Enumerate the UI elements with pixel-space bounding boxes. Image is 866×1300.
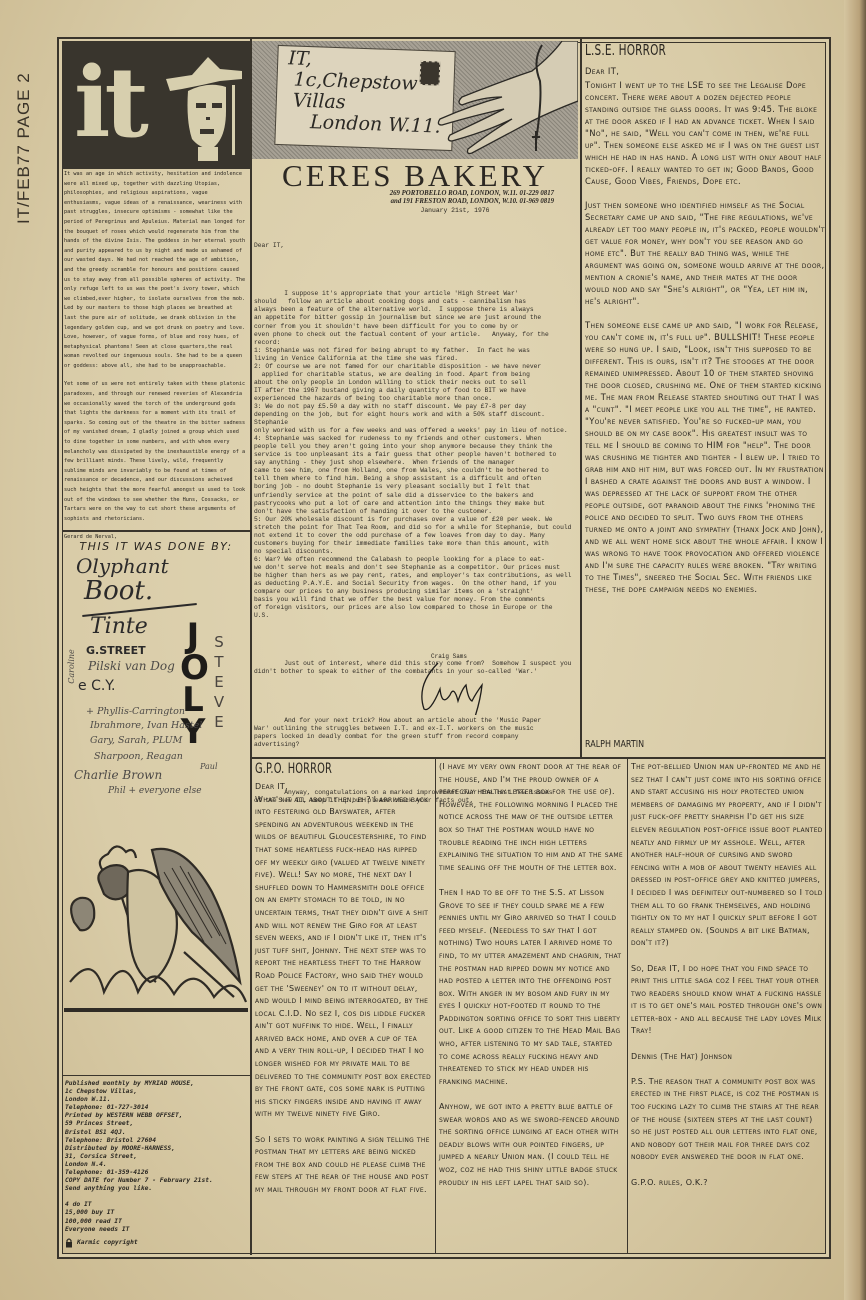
credit-name: Caroline xyxy=(67,649,76,684)
letter-date: January 21st, 1976 xyxy=(380,207,530,214)
address-line: and 191 FRESTON ROAD, LONDON, W.10. 01-9… xyxy=(250,198,554,206)
issue-page-label: IT/FEB77 PAGE 2 xyxy=(14,72,34,224)
credit-name: Olyphant xyxy=(76,554,169,578)
imprint-line: Distributed by MOORE-HARNESS, xyxy=(65,1145,247,1153)
article-body: The pot-bellied Union man up-fronted me … xyxy=(631,761,823,1189)
envelope-hand-illustration: IT, 1c,Chepstow Villas London W.11. xyxy=(252,41,578,159)
article-paragraph: Just then someone who identified himself… xyxy=(585,199,825,307)
nerval-essay: It was an age in which activity, hesitat… xyxy=(62,170,250,543)
bakery-letterhead: CERES BAKERY xyxy=(252,158,578,194)
gpo-horror-article: G.P.O. HORROR Dear IT, What's it all abo… xyxy=(252,757,825,1254)
article-author: RALPH MARTIN xyxy=(585,739,644,750)
article-paragraph: What's it all about then, eh? I arrived … xyxy=(255,794,432,1121)
handwritten-signature xyxy=(410,655,500,715)
circulation-stat: 4 do IT xyxy=(65,1201,247,1209)
article-salutation: Dear IT, xyxy=(585,65,825,77)
imprint-line: 31, Corsica Street, xyxy=(65,1153,247,1161)
circulation-stat: 15,000 buy IT xyxy=(65,1209,247,1217)
credit-name: Ibrahmore, Ivan Hastel xyxy=(90,720,202,731)
article-paragraph: The pot-bellied Union man up-fronted me … xyxy=(631,761,823,950)
publisher-imprint: Published monthly by MYRIAD HOUSE, 1c Ch… xyxy=(62,1075,250,1251)
circulation-stat: Everyone needs IT xyxy=(65,1226,247,1234)
article-paragraph: Then I had to be off to the S.S. at Liss… xyxy=(439,887,624,1089)
pelican-woodcut-illustration xyxy=(64,832,248,1012)
imprint-line: COPY DATE for Number 7 - February 21st. xyxy=(65,1177,247,1185)
lse-horror-article: L.S.E. HORROR Dear IT, Tonight I went up… xyxy=(585,41,825,753)
imprint-line: 59 Princes Street, xyxy=(65,1120,247,1128)
article-paragraph: Tonight I went up to the LSE to see the … xyxy=(585,79,825,187)
letter: E xyxy=(212,712,226,732)
copyright-notice: Karmic copyright xyxy=(65,1238,138,1248)
credit-name: Gary, Sarah, PLUM xyxy=(90,735,182,746)
gpo-column-3: The pot-bellied Union man up-fronted me … xyxy=(627,759,825,1253)
article-author: Dennis (The Hat) Johnson xyxy=(631,1051,823,1064)
credit-name: Phil + everyone else xyxy=(108,786,202,796)
credit-name: Tinte xyxy=(90,614,148,639)
skeletal-hand-illustration xyxy=(392,41,578,159)
steve-vertical: S T E V E xyxy=(212,632,226,732)
credit-name: Pilski van Dog xyxy=(88,659,175,673)
essay-paragraph: It was an age in which activity, hesitat… xyxy=(64,170,248,371)
article-signoff: G.P.O. rules, O.K.? xyxy=(631,1177,823,1190)
credits-title: THIS IT WAS DONE BY: xyxy=(62,540,250,553)
imprint-line: Telephone: Bristol 27604 xyxy=(65,1137,247,1145)
article-body: Dear IT, Tonight I went up to the LSE to… xyxy=(585,65,825,595)
page-edge xyxy=(844,0,866,1300)
letter: S xyxy=(212,632,226,652)
article-paragraph: (I have my very own front door at the re… xyxy=(439,761,624,874)
credit-name: Boot. xyxy=(84,576,153,606)
article-body: (I have my very own front door at the re… xyxy=(439,761,624,1189)
page-side-tag: IT/FEB77 PAGE 2 xyxy=(10,44,40,224)
credits-box: THIS IT WAS DONE BY: Olyphant Boot. Tint… xyxy=(62,530,250,1072)
article-salutation: Dear IT, xyxy=(255,781,432,794)
imprint-line: 1c Chepstow Villas, xyxy=(65,1088,247,1096)
article-title: G.P.O. HORROR xyxy=(255,761,393,777)
letter-salutation: Dear IT, xyxy=(254,242,576,250)
credit-name: e C.Y. xyxy=(78,678,115,694)
gpo-column-2: (I have my very own front door at the re… xyxy=(435,759,626,1253)
imprint-line: London N.4. xyxy=(65,1161,247,1169)
bakery-address: 269 PORTOBELLO ROAD, LONDON, W.11. 01-22… xyxy=(250,190,554,207)
letter-paragraph: And for your next trick? How about an ar… xyxy=(254,717,576,749)
article-paragraph: Then someone else came up and said, "I w… xyxy=(585,319,825,595)
article-paragraph: Anyhow, we got into a pretty blue battle… xyxy=(439,1101,624,1189)
essay-paragraph: Yet some of us were not entirely taken w… xyxy=(64,380,248,524)
woman-face-illustration xyxy=(162,51,244,161)
column-rule xyxy=(580,37,582,757)
padlock-icon xyxy=(65,1238,73,1248)
gpo-column-1: G.P.O. HORROR Dear IT, What's it all abo… xyxy=(252,759,434,1253)
article-title: L.S.E. HORROR xyxy=(585,41,772,59)
imprint-line: Bristol BS1 4QJ. xyxy=(65,1129,247,1137)
credit-name: Charlie Brown xyxy=(74,768,162,782)
address-line: 269 PORTOBELLO ROAD, LONDON, W.11. 01-22… xyxy=(250,190,554,198)
letter: E xyxy=(212,672,226,692)
credit-name: G.STREET xyxy=(86,644,146,657)
it-masthead-logo: it xyxy=(62,41,250,169)
bakery-letter-body: Dear IT, I suppose it's appropriate that… xyxy=(254,226,576,813)
logo-text: it xyxy=(74,55,143,151)
letter-paragraph: I suppose it's appropriate that your art… xyxy=(254,290,576,620)
credit-name: Sharpoon, Reagan xyxy=(94,751,183,762)
article-paragraph: So I sets to work painting a sign tellin… xyxy=(255,1134,432,1197)
copyright-text: Karmic copyright xyxy=(77,1239,138,1247)
imprint-line: Send anything you like. xyxy=(65,1185,247,1193)
imprint-line: London W.11. xyxy=(65,1096,247,1104)
article-body: Dear IT, What's it all about then, eh? I… xyxy=(255,781,432,1197)
imprint-line: Published monthly by MYRIAD HOUSE, xyxy=(65,1080,247,1088)
imprint-line: Telephone: 01-359-4126 xyxy=(65,1169,247,1177)
letter: V xyxy=(212,692,226,712)
article-postscript: P.S. The reason that a community post bo… xyxy=(631,1076,823,1164)
credit-name: Paul xyxy=(200,762,218,771)
article-paragraph: So, Dear IT, I do hope that you find spa… xyxy=(631,963,823,1039)
credit-name: + Phyllis-Carrington xyxy=(86,706,185,717)
circulation-stat: 100,000 read IT xyxy=(65,1218,247,1226)
letter: T xyxy=(212,652,226,672)
